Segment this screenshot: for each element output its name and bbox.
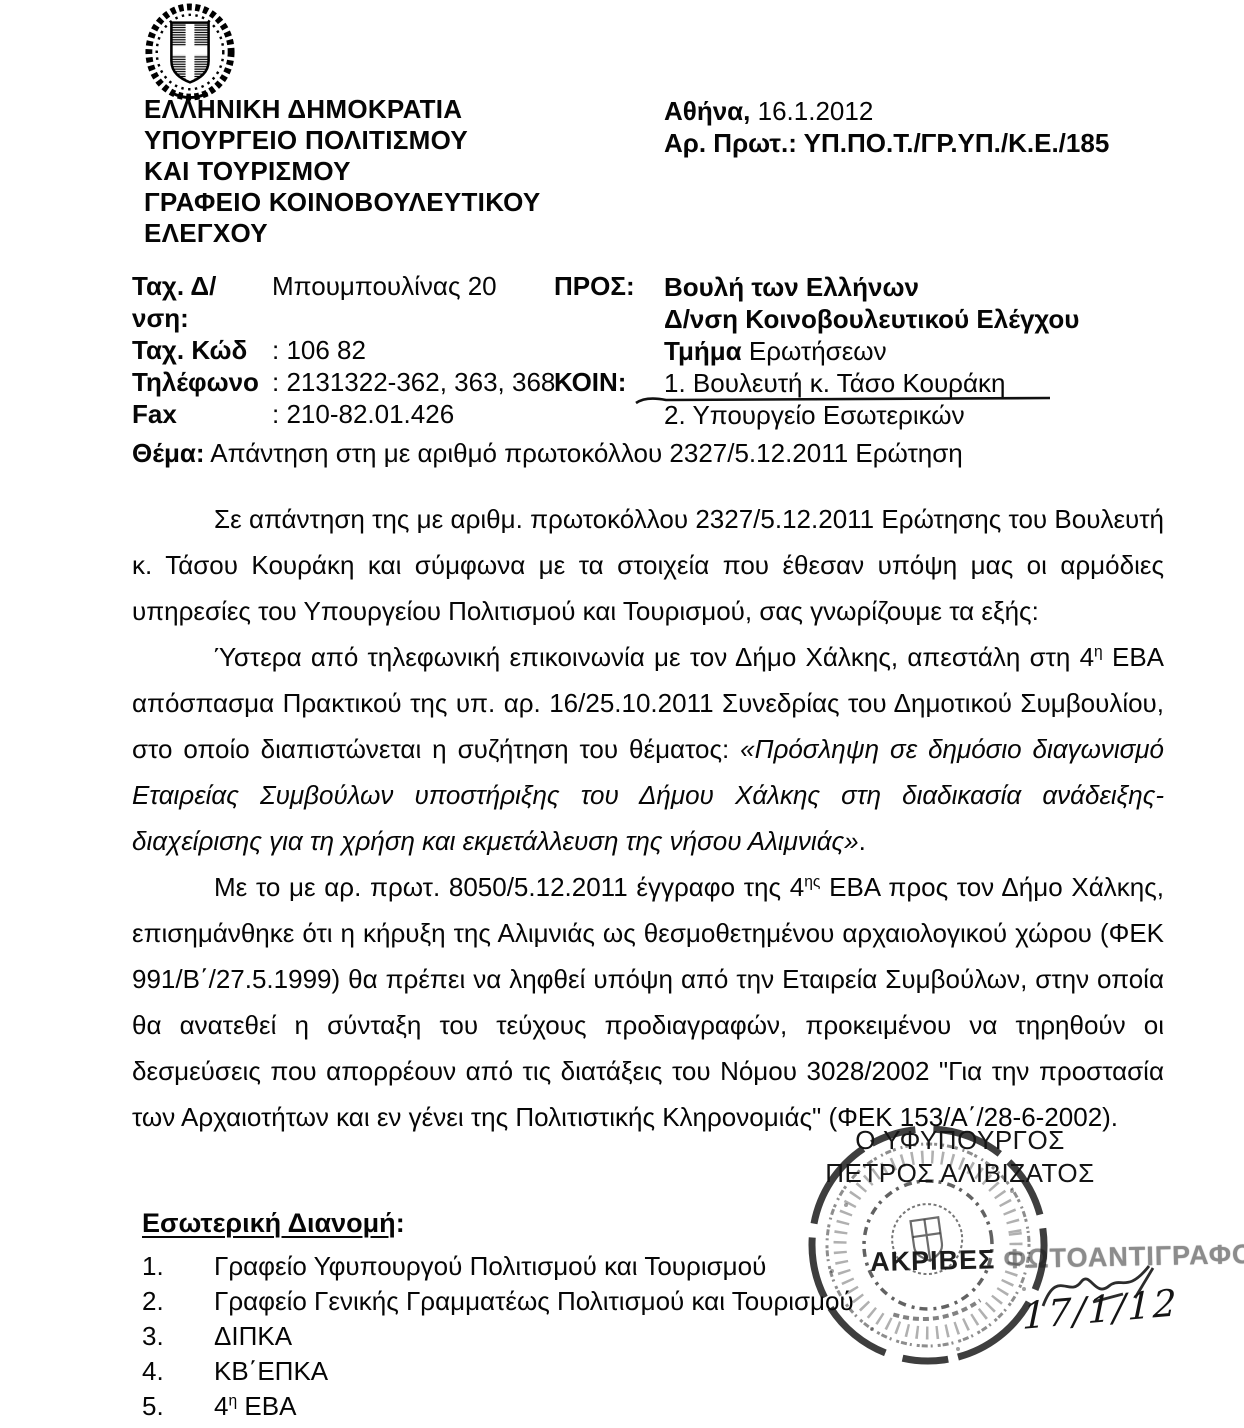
scanned-letter-page: { "header": { "emblem_name": "greek-nati… bbox=[0, 0, 1244, 1428]
certified-word-1: ΑΚΡΙΒΕΣ bbox=[870, 1244, 996, 1277]
recipient-line-2: Δ/νση Κοινοβουλευτικού Ελέγχου bbox=[664, 303, 1224, 335]
subject-line: Θέμα: Απάντηση στη με αριθμό πρωτοκόλλου… bbox=[132, 438, 1132, 469]
contact-block: Ταχ. Δ/νση: Μπουμπουλίνας 20 Ταχ. Κώδ : … bbox=[132, 270, 555, 430]
item-text-pre: 4 bbox=[214, 1391, 228, 1421]
distribution-title-colon: : bbox=[396, 1208, 405, 1238]
internal-distribution-block: Εσωτερική Διανομή: 1. Γραφείο Υφυπουργού… bbox=[142, 1208, 854, 1424]
contact-value: : 210-82.01.426 bbox=[272, 398, 454, 430]
paragraph-3: Με το με αρ. πρωτ. 8050/5.12.2011 έγγραφ… bbox=[132, 864, 1164, 1140]
subject-label: Θέμα: bbox=[132, 438, 205, 468]
recipients-block: Βουλή των Ελλήνων Δ/νση Κοινοβουλευτικού… bbox=[664, 271, 1224, 431]
contact-value: : 2131322-362, 363, 368 bbox=[272, 366, 555, 398]
contact-value: : 106 82 bbox=[272, 334, 366, 366]
recipient-line-3: Τμήμα Ερωτήσεων bbox=[664, 335, 1224, 367]
distribution-item-2: 2. Γραφείο Γενικής Γραμματέως Πολιτισμού… bbox=[142, 1284, 854, 1319]
item-number: 1. bbox=[142, 1249, 214, 1284]
item-text: Γραφείο Υφυπουργού Πολιτισμού και Τουρισ… bbox=[214, 1249, 766, 1284]
koin-item-1: 1. Βουλευτή κ. Τάσο Κουράκη bbox=[664, 367, 1005, 399]
distribution-title: Εσωτερική Διανομή: bbox=[142, 1208, 854, 1239]
contact-row-phone: Τηλέφωνο : 2131322-362, 363, 368 bbox=[132, 366, 555, 398]
item-number: 2. bbox=[142, 1284, 214, 1319]
recipient-line-3-rest: Ερωτήσεων bbox=[742, 336, 887, 366]
paragraph-1: Σε απάντηση της με αριθμ. πρωτοκόλλου 23… bbox=[132, 496, 1164, 634]
org-line-4: ΓΡΑΦΕΙΟ ΚΟΙΝΟΒΟΥΛΕΥΤΙΚΟΥ bbox=[144, 187, 541, 218]
item-number: 3. bbox=[142, 1319, 214, 1354]
subject-text: Απάντηση στη με αριθμό πρωτοκόλλου 2327/… bbox=[205, 438, 963, 468]
p2-text: Ύστερα από τηλεφωνική επικοινωνία με τον… bbox=[214, 642, 1094, 672]
item-number: 4. bbox=[142, 1354, 214, 1389]
date-value: 16.1.2012 bbox=[750, 96, 873, 126]
date-line: Αθήνα, 16.1.2012 bbox=[664, 95, 1109, 127]
koin-item-1-row: 1. Βουλευτή κ. Τάσο Κουράκη bbox=[664, 367, 1224, 399]
contact-label: Ταχ. Κώδ bbox=[132, 334, 272, 366]
p3-text: ΕΒΑ προς τον Δήμο Χάλκης, επισημάνθηκε ό… bbox=[132, 872, 1164, 1132]
koin-label: ΚΟΙΝ: bbox=[554, 367, 626, 398]
p2-text: . bbox=[859, 826, 866, 856]
signature-block: Ο ΥΦΥΠΟΥΡΓΟΣ ΠΕΤΡΟΣ ΑΛΙΒΙΖΑΤΟΣ bbox=[788, 1124, 1132, 1190]
item-text: ΔΙΠΚΑ bbox=[214, 1319, 292, 1354]
letter-body: Σε απάντηση της με αριθμ. πρωτοκόλλου 23… bbox=[132, 496, 1164, 1140]
distribution-item-4: 4. ΚΒ΄ΕΠΚΑ bbox=[142, 1354, 854, 1389]
pros-label: ΠΡΟΣ: bbox=[554, 271, 635, 302]
org-line-2: ΥΠΟΥΡΓΕΙΟ ΠΟΛΙΤΙΣΜΟΥ bbox=[144, 125, 541, 156]
org-line-3: ΚΑΙ ΤΟΥΡΙΣΜΟΥ bbox=[144, 156, 541, 187]
contact-label: Fax bbox=[132, 398, 272, 430]
item-text-post: ΕΒΑ bbox=[237, 1391, 296, 1421]
distribution-title-text: Εσωτερική Διανομή bbox=[142, 1208, 396, 1238]
contact-row-fax: Fax : 210-82.01.426 bbox=[132, 398, 555, 430]
org-line-5: ΕΛΕΓΧΟΥ bbox=[144, 218, 541, 249]
contact-value: Μπουμπουλίνας 20 bbox=[272, 270, 497, 334]
p2-superscript: η bbox=[1094, 643, 1103, 660]
hand-underline bbox=[634, 393, 1054, 405]
distribution-item-1: 1. Γραφείο Υφυπουργού Πολιτισμού και Του… bbox=[142, 1249, 854, 1284]
distribution-item-3: 3. ΔΙΠΚΑ bbox=[142, 1319, 854, 1354]
contact-label: Τηλέφωνο bbox=[132, 366, 272, 398]
item-superscript: η bbox=[228, 1392, 237, 1409]
distribution-item-5: 5. 4η ΕΒΑ bbox=[142, 1389, 854, 1424]
signatory-name: ΠΕΤΡΟΣ ΑΛΙΒΙΖΑΤΟΣ bbox=[788, 1157, 1132, 1190]
contact-label: Ταχ. Δ/νση: bbox=[132, 270, 272, 334]
contact-row-postcode: Ταχ. Κώδ : 106 82 bbox=[132, 334, 555, 366]
item-number: 5. bbox=[142, 1389, 214, 1424]
item-text: ΚΒ΄ΕΠΚΑ bbox=[214, 1354, 328, 1389]
signatory-title: Ο ΥΦΥΠΟΥΡΓΟΣ bbox=[788, 1124, 1132, 1157]
p3-text: Με το με αρ. πρωτ. 8050/5.12.2011 έγγραφ… bbox=[214, 872, 804, 902]
item-text: Γραφείο Γενικής Γραμματέως Πολιτισμού κα… bbox=[214, 1284, 854, 1319]
item-text: 4η ΕΒΑ bbox=[214, 1389, 296, 1424]
city-label: Αθήνα, bbox=[664, 96, 750, 126]
paragraph-2: Ύστερα από τηλεφωνική επικοινωνία με τον… bbox=[132, 634, 1164, 864]
org-line-1: ΕΛΛΗΝΙΚΗ ΔΗΜΟΚΡΑΤΙΑ bbox=[144, 94, 541, 125]
p3-superscript: ης bbox=[804, 873, 820, 890]
recipient-line-3-bold: Τμήμα bbox=[664, 336, 742, 366]
recipient-line-1: Βουλή των Ελλήνων bbox=[664, 271, 1224, 303]
contact-row-address: Ταχ. Δ/νση: Μπουμπουλίνας 20 bbox=[132, 270, 555, 334]
letterhead-org-block: ΕΛΛΗΝΙΚΗ ΔΗΜΟΚΡΑΤΙΑ ΥΠΟΥΡΓΕΙΟ ΠΟΛΙΤΙΣΜΟΥ… bbox=[144, 94, 541, 249]
greek-national-emblem-icon bbox=[143, 2, 237, 109]
protocol-line: Αρ. Πρωτ.: ΥΠ.ΠΟ.Τ./ΓΡ.ΥΠ./Κ.Ε./185 bbox=[664, 127, 1109, 159]
date-protocol-block: Αθήνα, 16.1.2012 Αρ. Πρωτ.: ΥΠ.ΠΟ.Τ./ΓΡ.… bbox=[664, 95, 1109, 159]
